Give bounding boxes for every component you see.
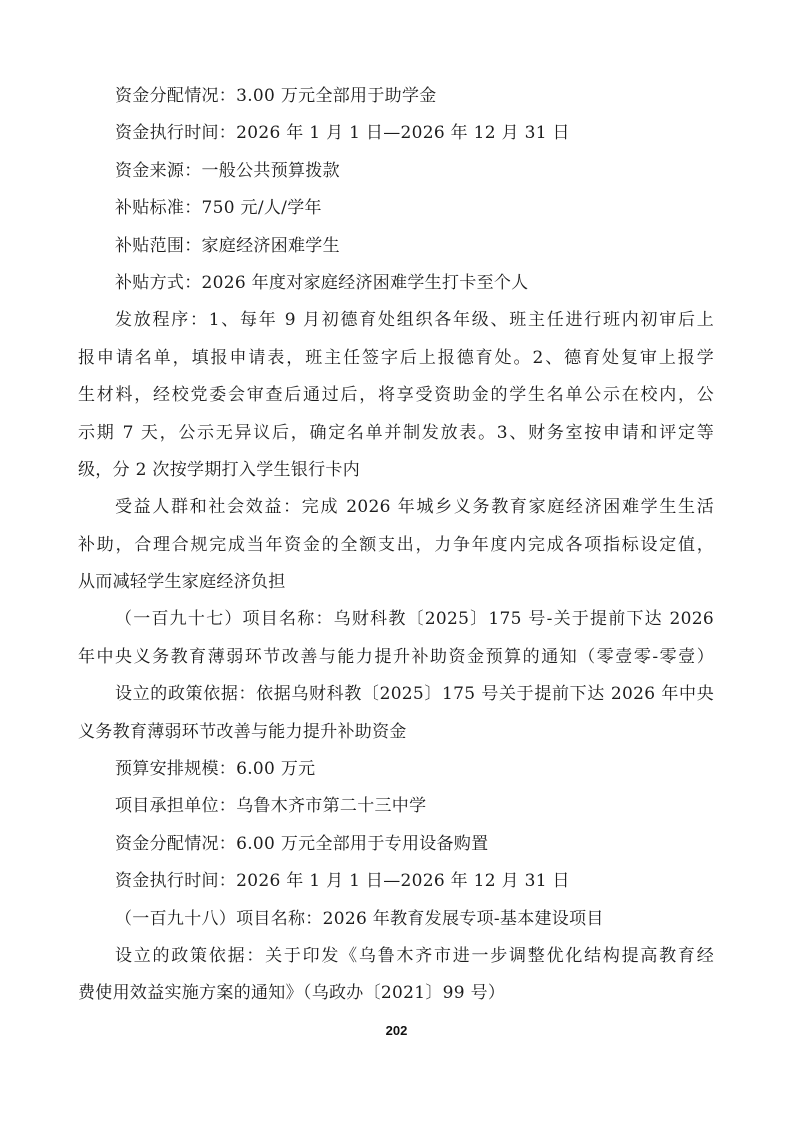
document-page: 资金分配情况：3.00 万元全部用于助学金 资金执行时间：2026 年 1 月 … — [0, 0, 793, 1122]
text-line: 设立的政策依据：依据乌财科教〔2025〕175 号关于提前下达 2026 年中央 — [78, 676, 714, 713]
text-line: （一百九十七）项目名称：乌财科教〔2025〕175 号-关于提前下达 2026 — [78, 601, 714, 638]
text-line: 资金分配情况：3.00 万元全部用于助学金 — [78, 78, 714, 115]
text-line: 报申请名单，填报申请表，班主任签字后上报德育处。2、德育处复审上报学 — [78, 340, 714, 377]
text-line: 设立的政策依据：关于印发《乌鲁木齐市进一步调整优化结构提高教育经 — [78, 938, 714, 975]
text-line: 补助，合理合规完成当年资金的全额支出，力争年度内完成各项指标设定值， — [78, 527, 714, 564]
paragraph: 资金来源：一般公共预算拨款 — [78, 153, 714, 190]
document-body: 资金分配情况：3.00 万元全部用于助学金 资金执行时间：2026 年 1 月 … — [78, 78, 714, 1013]
text-line: 受益人群和社会效益：完成 2026 年城乡义务教育家庭经济困难学生生活 — [78, 489, 714, 526]
paragraph: 补贴方式：2026 年度对家庭经济困难学生打卡至个人 — [78, 265, 714, 302]
text-line: 年中央义务教育薄弱环节改善与能力提升补助资金预算的通知（零壹零-零壹） — [78, 639, 714, 676]
text-line: 资金执行时间：2026 年 1 月 1 日—2026 年 12 月 31 日 — [78, 115, 714, 152]
text-line: （一百九十八）项目名称：2026 年教育发展专项-基本建设项目 — [78, 901, 714, 938]
text-line: 义务教育薄弱环节改善与能力提升补助资金 — [78, 714, 714, 751]
paragraph: 发放程序：1、每年 9 月初德育处组织各年级、班主任进行班内初审后上 报申请名单… — [78, 302, 714, 489]
paragraph: 资金分配情况：6.00 万元全部用于专用设备购置 — [78, 826, 714, 863]
page-number: 202 — [0, 1022, 793, 1040]
paragraph: 资金执行时间：2026 年 1 月 1 日—2026 年 12 月 31 日 — [78, 863, 714, 900]
text-line: 发放程序：1、每年 9 月初德育处组织各年级、班主任进行班内初审后上 — [78, 302, 714, 339]
paragraph: （一百九十八）项目名称：2026 年教育发展专项-基本建设项目 — [78, 901, 714, 938]
text-line: 资金执行时间：2026 年 1 月 1 日—2026 年 12 月 31 日 — [78, 863, 714, 900]
paragraph: 资金执行时间：2026 年 1 月 1 日—2026 年 12 月 31 日 — [78, 115, 714, 152]
text-line: 资金分配情况：6.00 万元全部用于专用设备购置 — [78, 826, 714, 863]
paragraph: 补贴范围：家庭经济困难学生 — [78, 228, 714, 265]
text-line: 示期 7 天，公示无异议后，确定名单并制发放表。3、财务室按申请和评定等 — [78, 415, 714, 452]
paragraph: 资金分配情况：3.00 万元全部用于助学金 — [78, 78, 714, 115]
text-line: 补贴范围：家庭经济困难学生 — [78, 228, 714, 265]
text-line: 补贴标准：750 元/人/学年 — [78, 190, 714, 227]
text-line: 生材料，经校党委会审查后通过后，将享受资助金的学生名单公示在校内，公 — [78, 377, 714, 414]
text-line: 级，分 2 次按学期打入学生银行卡内 — [78, 452, 714, 489]
paragraph: 设立的政策依据：关于印发《乌鲁木齐市进一步调整优化结构提高教育经 费使用效益实施… — [78, 938, 714, 1013]
paragraph: 设立的政策依据：依据乌财科教〔2025〕175 号关于提前下达 2026 年中央… — [78, 676, 714, 751]
text-line: 费使用效益实施方案的通知》（乌政办〔2021〕99 号） — [78, 975, 714, 1012]
text-line: 补贴方式：2026 年度对家庭经济困难学生打卡至个人 — [78, 265, 714, 302]
paragraph: 项目承担单位：乌鲁木齐市第二十三中学 — [78, 788, 714, 825]
paragraph: 受益人群和社会效益：完成 2026 年城乡义务教育家庭经济困难学生生活 补助，合… — [78, 489, 714, 601]
text-line: 预算安排规模：6.00 万元 — [78, 751, 714, 788]
paragraph: 预算安排规模：6.00 万元 — [78, 751, 714, 788]
paragraph: 补贴标准：750 元/人/学年 — [78, 190, 714, 227]
paragraph: （一百九十七）项目名称：乌财科教〔2025〕175 号-关于提前下达 2026 … — [78, 601, 714, 676]
text-line: 资金来源：一般公共预算拨款 — [78, 153, 714, 190]
text-line: 从而减轻学生家庭经济负担 — [78, 564, 714, 601]
text-line: 项目承担单位：乌鲁木齐市第二十三中学 — [78, 788, 714, 825]
